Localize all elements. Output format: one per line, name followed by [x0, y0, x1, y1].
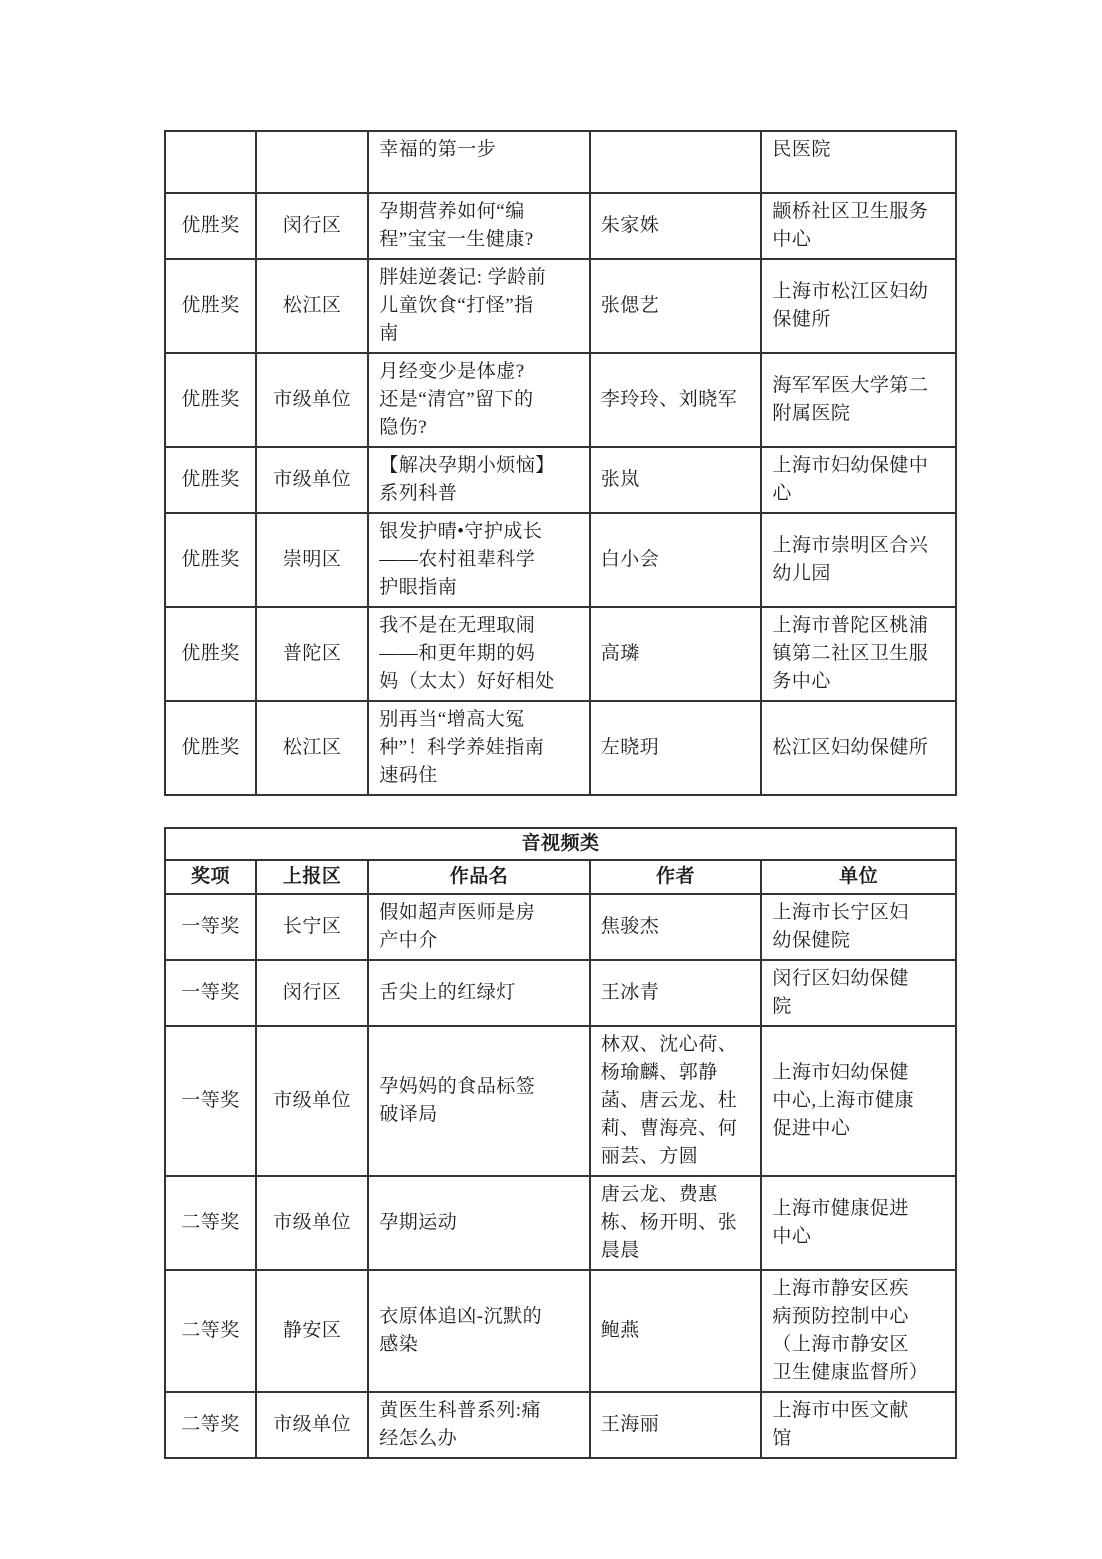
award-cell	[165, 131, 256, 193]
district-cell: 闵行区	[256, 193, 368, 259]
work-cell: 别再当“增高大冤 种”！科学养娃指南 速码住	[368, 701, 589, 795]
district-cell	[256, 131, 368, 193]
district-cell: 市级单位	[256, 1026, 368, 1176]
work-cell: 黄医生科普系列:痛 经怎么办	[368, 1392, 589, 1458]
work-cell: 孕期运动	[368, 1176, 589, 1270]
author-cell: 李玲玲、刘晓军	[590, 353, 762, 447]
work-cell: 假如超声医师是房 产中介	[368, 894, 589, 960]
table-row: 二等奖市级单位孕期运动唐云龙、费惠 栋、杨开明、张 晨晨上海市健康促进 中心	[165, 1176, 956, 1270]
table-row: 优胜奖松江区别再当“增高大冤 种”！科学养娃指南 速码住左晓玥松江区妇幼保健所	[165, 701, 956, 795]
column-header-author: 作者	[590, 860, 762, 894]
author-cell: 左晓玥	[590, 701, 762, 795]
work-cell: 孕期营养如何“编 程”宝宝一生健康?	[368, 193, 589, 259]
table-row: 优胜奖市级单位月经变少是体虚? 还是“清宫”留下的 隐伤?李玲玲、刘晓军海军军医…	[165, 353, 956, 447]
unit-cell: 松江区妇幼保健所	[761, 701, 956, 795]
table-row: 二等奖市级单位黄医生科普系列:痛 经怎么办王海丽上海市中医文献 馆	[165, 1392, 956, 1458]
table-row: 优胜奖闵行区孕期营养如何“编 程”宝宝一生健康?朱家姝颛桥社区卫生服务 中心	[165, 193, 956, 259]
work-cell: 衣原体追凶-沉默的 感染	[368, 1270, 589, 1392]
document-page: { "page": { "background": "#ffffff", "te…	[0, 0, 1102, 1559]
award-cell: 优胜奖	[165, 701, 256, 795]
author-cell: 高璘	[590, 607, 762, 701]
column-header-row: 奖项 上报区 作品名 作者 单位	[165, 860, 956, 894]
work-cell: 银发护晴•守护成长 ——农村祖辈科学 护眼指南	[368, 513, 589, 607]
table-title-audio-video: 音视频类	[165, 828, 956, 860]
author-cell: 张偲艺	[590, 259, 762, 353]
table-title-row: 音视频类	[165, 828, 956, 860]
unit-cell: 闵行区妇幼保健 院	[761, 960, 956, 1026]
unit-cell: 民医院	[761, 131, 956, 193]
author-cell: 唐云龙、费惠 栋、杨开明、张 晨晨	[590, 1176, 762, 1270]
district-cell: 市级单位	[256, 1176, 368, 1270]
table-row: 二等奖静安区衣原体追凶-沉默的 感染鲍燕上海市静安区疾 病预防控制中心 （上海市…	[165, 1270, 956, 1392]
column-header-unit: 单位	[761, 860, 956, 894]
award-cell: 一等奖	[165, 1026, 256, 1176]
author-cell: 林双、沈心荷、 杨瑜麟、郭静 菡、唐云龙、杜 莉、曹海亮、何 丽芸、方圆	[590, 1026, 762, 1176]
author-cell: 朱家姝	[590, 193, 762, 259]
unit-cell: 上海市妇幼保健 中心,上海市健康 促进中心	[761, 1026, 956, 1176]
unit-cell: 上海市健康促进 中心	[761, 1176, 956, 1270]
district-cell: 闵行区	[256, 960, 368, 1026]
work-cell: 【解决孕期小烦恼】 系列科普	[368, 447, 589, 513]
unit-cell: 上海市松江区妇幼 保健所	[761, 259, 956, 353]
table-row: 优胜奖普陀区我不是在无理取闹 ——和更年期的妈 妈（太太）好好相处高璘上海市普陀…	[165, 607, 956, 701]
table-row: 一等奖闵行区舌尖上的红绿灯王冰青闵行区妇幼保健 院	[165, 960, 956, 1026]
work-cell: 胖娃逆袭记: 学龄前 儿童饮食“打怪”指 南	[368, 259, 589, 353]
award-cell: 优胜奖	[165, 607, 256, 701]
unit-cell: 上海市静安区疾 病预防控制中心 （上海市静安区 卫生健康监督所）	[761, 1270, 956, 1392]
unit-cell: 海军军医大学第二 附属医院	[761, 353, 956, 447]
table-row: 优胜奖市级单位【解决孕期小烦恼】 系列科普张岚上海市妇幼保健中 心	[165, 447, 956, 513]
work-cell: 我不是在无理取闹 ——和更年期的妈 妈（太太）好好相处	[368, 607, 589, 701]
author-cell: 焦骏杰	[590, 894, 762, 960]
author-cell: 白小会	[590, 513, 762, 607]
district-cell: 崇明区	[256, 513, 368, 607]
award-cell: 一等奖	[165, 960, 256, 1026]
district-cell: 市级单位	[256, 353, 368, 447]
work-cell: 舌尖上的红绿灯	[368, 960, 589, 1026]
award-cell: 优胜奖	[165, 513, 256, 607]
table-row: 优胜奖松江区胖娃逆袭记: 学龄前 儿童饮食“打怪”指 南张偲艺上海市松江区妇幼 …	[165, 259, 956, 353]
author-cell: 鲍燕	[590, 1270, 762, 1392]
district-cell: 市级单位	[256, 447, 368, 513]
author-cell: 王冰青	[590, 960, 762, 1026]
table-row: 优胜奖崇明区银发护晴•守护成长 ——农村祖辈科学 护眼指南白小会上海市崇明区合兴…	[165, 513, 956, 607]
award-cell: 二等奖	[165, 1270, 256, 1392]
table-row: 一等奖长宁区假如超声医师是房 产中介焦骏杰上海市长宁区妇 幼保健院	[165, 894, 956, 960]
work-cell: 幸福的第一步	[368, 131, 589, 193]
district-cell: 市级单位	[256, 1392, 368, 1458]
award-cell: 一等奖	[165, 894, 256, 960]
column-header-district: 上报区	[256, 860, 368, 894]
audio-video-awards-table: 音视频类 奖项 上报区 作品名 作者 单位 一等奖长宁区假如超声医师是房 产中介…	[164, 827, 957, 1459]
award-cell: 优胜奖	[165, 259, 256, 353]
awards-table-continuation: 幸福的第一步民医院优胜奖闵行区孕期营养如何“编 程”宝宝一生健康?朱家姝颛桥社区…	[164, 130, 957, 796]
table-row: 一等奖市级单位孕妈妈的食品标签 破译局林双、沈心荷、 杨瑜麟、郭静 菡、唐云龙、…	[165, 1026, 956, 1176]
column-header-award: 奖项	[165, 860, 256, 894]
author-cell: 王海丽	[590, 1392, 762, 1458]
award-cell: 二等奖	[165, 1392, 256, 1458]
district-cell: 松江区	[256, 701, 368, 795]
author-cell: 张岚	[590, 447, 762, 513]
author-cell	[590, 131, 762, 193]
unit-cell: 上海市妇幼保健中 心	[761, 447, 956, 513]
unit-cell: 上海市崇明区合兴 幼儿园	[761, 513, 956, 607]
award-cell: 优胜奖	[165, 193, 256, 259]
unit-cell: 上海市普陀区桃浦 镇第二社区卫生服 务中心	[761, 607, 956, 701]
unit-cell: 颛桥社区卫生服务 中心	[761, 193, 956, 259]
unit-cell: 上海市长宁区妇 幼保健院	[761, 894, 956, 960]
award-cell: 优胜奖	[165, 353, 256, 447]
district-cell: 松江区	[256, 259, 368, 353]
district-cell: 长宁区	[256, 894, 368, 960]
district-cell: 静安区	[256, 1270, 368, 1392]
unit-cell: 上海市中医文献 馆	[761, 1392, 956, 1458]
work-cell: 孕妈妈的食品标签 破译局	[368, 1026, 589, 1176]
work-cell: 月经变少是体虚? 还是“清宫”留下的 隐伤?	[368, 353, 589, 447]
column-header-work: 作品名	[368, 860, 589, 894]
award-cell: 二等奖	[165, 1176, 256, 1270]
award-cell: 优胜奖	[165, 447, 256, 513]
table-row: 幸福的第一步民医院	[165, 131, 956, 193]
district-cell: 普陀区	[256, 607, 368, 701]
